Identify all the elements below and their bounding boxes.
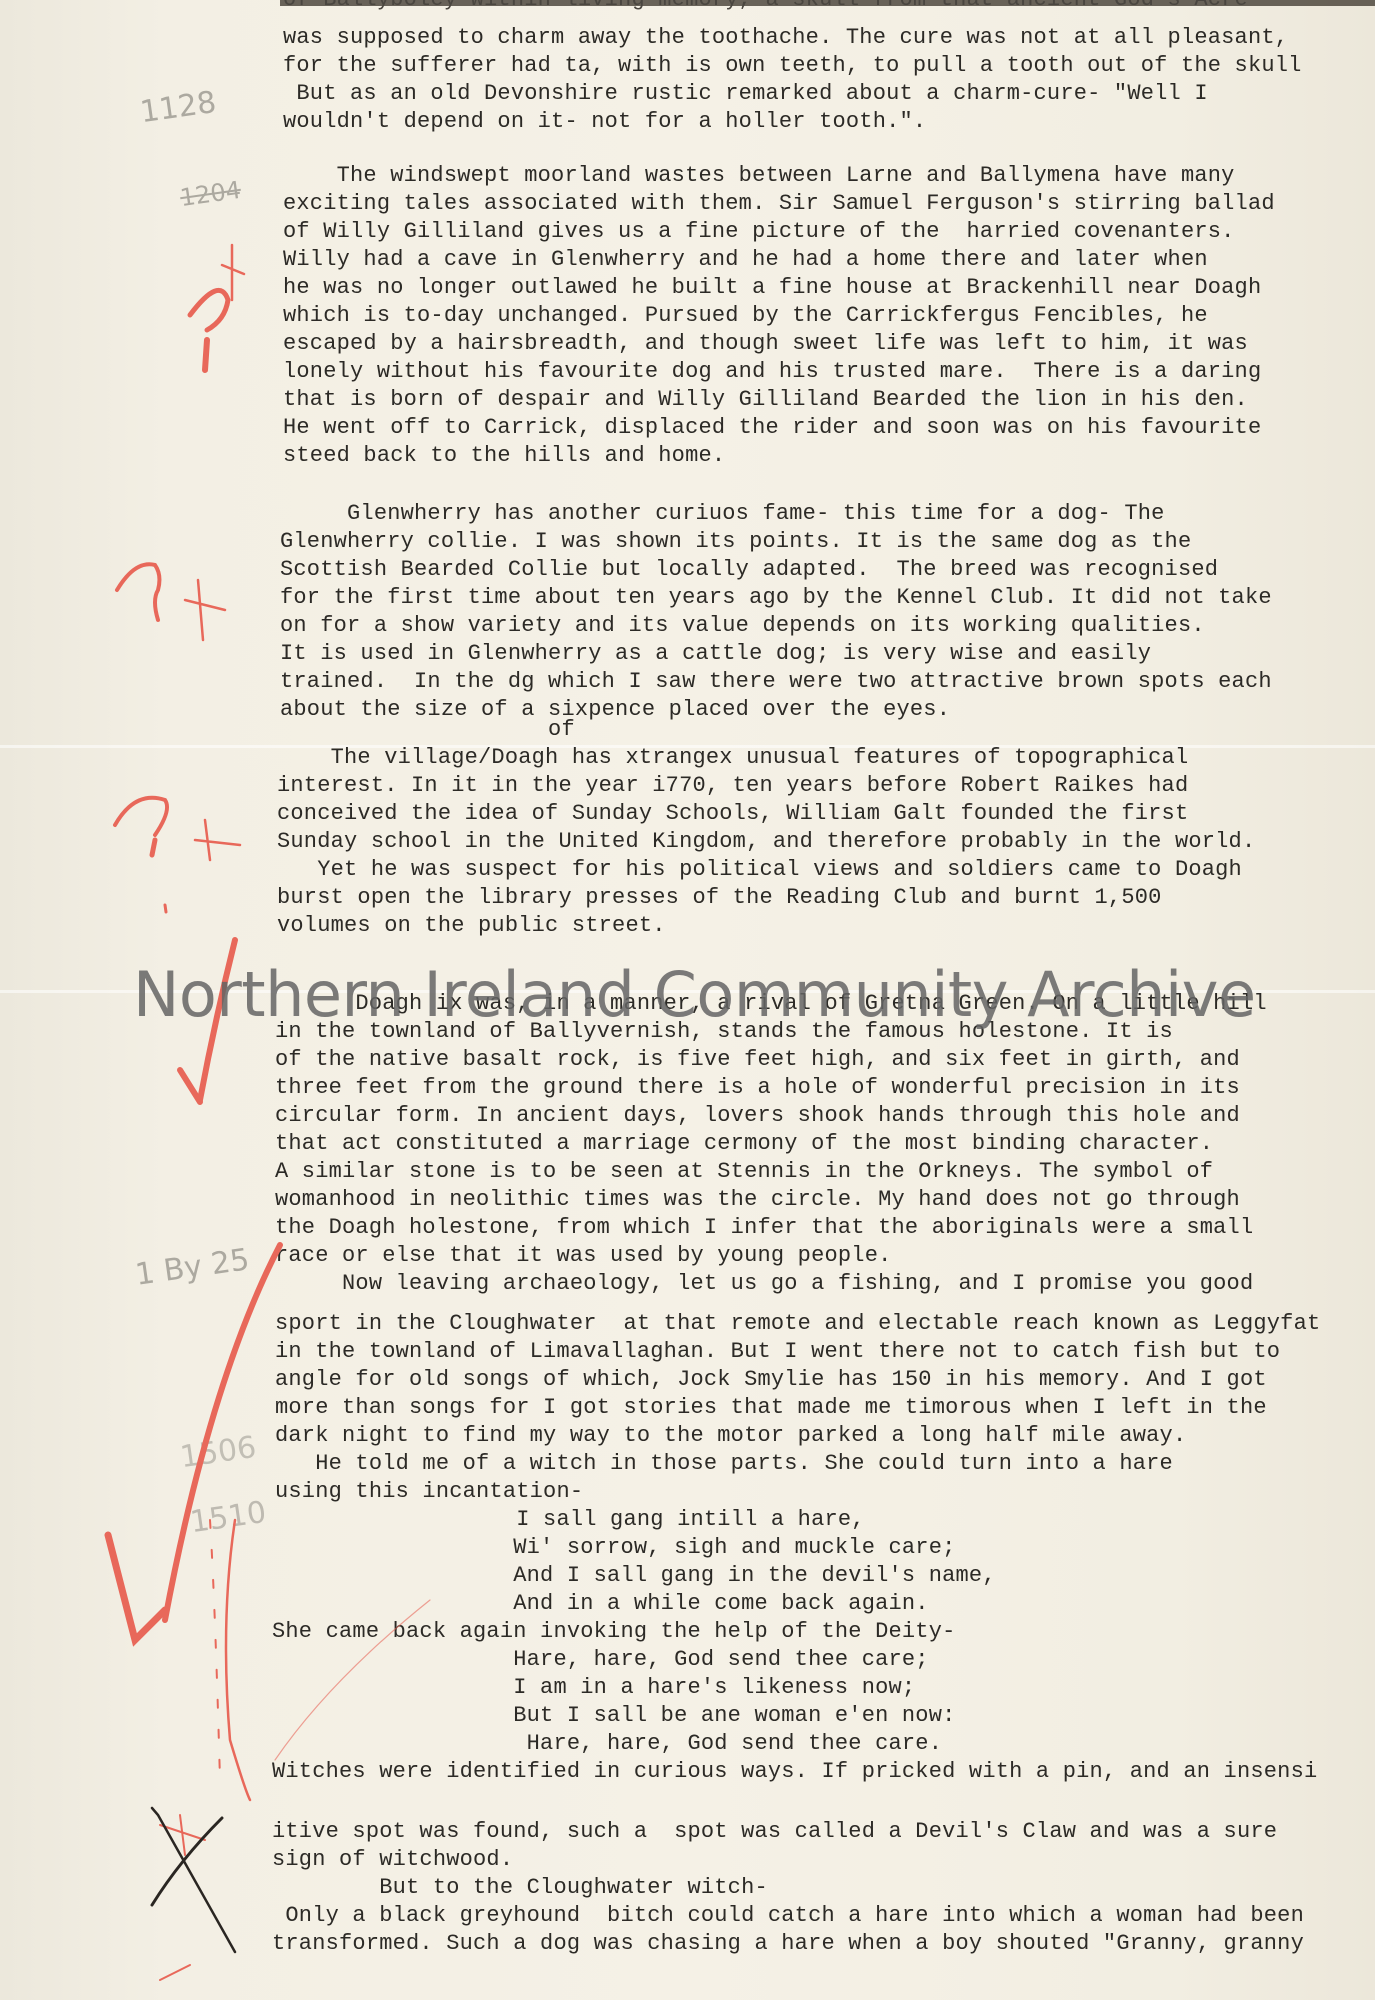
text-line: I sall gang intill a hare,	[275, 1506, 865, 1534]
page-edge	[1375, 0, 1381, 2000]
text-line: steed back to the hills and home.	[283, 442, 725, 470]
text-line: wouldn't depend on it- not for a holler …	[283, 108, 926, 136]
text-line: exciting tales associated with them. Sir…	[283, 190, 1275, 218]
text-line: I am in a hare's likeness now;	[272, 1674, 915, 1702]
text-line: Sunday school in the United Kingdom, and…	[277, 828, 1255, 856]
text-line: in the townland of Limavallaghan. But I …	[275, 1338, 1280, 1366]
text-line: of Willy Gilliland gives us a fine pictu…	[283, 218, 1235, 246]
text-line: which is to-day unchanged. Pursued by th…	[283, 302, 1208, 330]
text-line: She came back again invoking the help of…	[272, 1618, 956, 1646]
text-line: sign of witchwood.	[272, 1846, 513, 1874]
text-line: escaped by a hairsbreadth, and though sw…	[283, 330, 1248, 358]
text-line: itive spot was found, such a spot was ca…	[272, 1818, 1277, 1846]
text-line: that act constituted a marriage cermony …	[275, 1130, 1213, 1158]
text-line: It is used in Glenwherry as a cattle dog…	[280, 640, 1151, 668]
text-line: Now leaving archaeology, let us go a fis…	[275, 1270, 1253, 1298]
pencil-annotation: 1204	[178, 176, 242, 212]
text-line: Glenwherry collie. I was shown its point…	[280, 528, 1191, 556]
text-line: Only a black greyhound bitch could catch…	[272, 1902, 1304, 1930]
text-line: interest. In it in the year i770, ten ye…	[277, 772, 1188, 800]
text-line: He went off to Carrick, displaced the ri…	[283, 414, 1261, 442]
text-line: But I sall be ane woman e'en now:	[272, 1702, 956, 1730]
text-line: The windswept moorland wastes between La…	[283, 162, 1235, 190]
text-line: Willy had a cave in Glenwherry and he ha…	[283, 246, 1208, 274]
text-line: burst open the library presses of the Re…	[277, 884, 1162, 912]
text-line: trained. In the dg which I saw there wer…	[280, 668, 1272, 696]
text-line: Glenwherry has another curiuos fame- thi…	[280, 500, 1165, 528]
text-line: Hare, hare, God send thee care;	[272, 1646, 929, 1674]
text-line: that is born of despair and Willy Gillil…	[283, 386, 1248, 414]
text-line: Scottish Bearded Collie but locally adap…	[280, 556, 1218, 584]
document-page: of Ballyboley within living memory, a sk…	[0, 0, 1375, 2000]
text-line: volumes on the public street.	[277, 912, 666, 940]
text-line: of the native basalt rock, is five feet …	[275, 1046, 1240, 1074]
text-line: the Doagh holestone, from which I infer …	[275, 1214, 1253, 1242]
text-line: race or else that it was used by young p…	[275, 1242, 892, 1270]
text-line: dark night to find my way to the motor p…	[275, 1422, 1186, 1450]
text-line: angle for old songs of which, Jock Smyli…	[275, 1366, 1267, 1394]
text-line: But to the Cloughwater witch-	[272, 1874, 768, 1902]
text-line: He told me of a witch in those parts. Sh…	[275, 1450, 1173, 1478]
text-line: lonely without his favourite dog and his…	[283, 358, 1261, 386]
text-line: of	[280, 716, 575, 744]
pencil-annotation: 1128	[138, 85, 218, 130]
text-line: A similar stone is to be seen at Stennis…	[275, 1158, 1213, 1186]
text-line: Hare, hare, God send thee care.	[272, 1730, 942, 1758]
text-line: circular form. In ancient days, lovers s…	[275, 1102, 1240, 1130]
partial-top-line: of Ballyboley within living memory, a sk…	[283, 0, 1248, 14]
text-line: Witches were identified in curious ways.…	[272, 1758, 1317, 1786]
text-line: womanhood in neolithic times was the cir…	[275, 1186, 1240, 1214]
text-line: more than songs for I got stories that m…	[275, 1394, 1267, 1422]
text-line: sport in the Cloughwater at that remote …	[275, 1310, 1320, 1338]
pencil-annotation: 1 By 25	[133, 1242, 251, 1293]
text-line: using this incantation-	[275, 1478, 583, 1506]
pencil-annotation: 1506	[178, 1430, 258, 1475]
text-line: he was no longer outlawed he built a fin…	[283, 274, 1261, 302]
text-line: The village/Doagh has xtrangex unusual f…	[277, 744, 1188, 772]
watermark: Northern Ireland Community Archive	[133, 958, 1256, 1031]
text-line: transformed. Such a dog was chasing a ha…	[272, 1930, 1304, 1958]
text-line: And I sall gang in the devil's name,	[272, 1562, 996, 1590]
text-line: Wi' sorrow, sigh and muckle care;	[272, 1534, 956, 1562]
text-line: And in a while come back again.	[272, 1590, 929, 1618]
pencil-annotation: 1510	[188, 1495, 268, 1540]
text-line: for the sufferer had ta, with is own tee…	[283, 52, 1302, 80]
text-line: for the first time about ten years ago b…	[280, 584, 1272, 612]
text-line: on for a show variety and its value depe…	[280, 612, 1205, 640]
text-line: three feet from the ground there is a ho…	[275, 1074, 1240, 1102]
text-line: Yet he was suspect for his political vie…	[277, 856, 1242, 884]
text-line: was supposed to charm away the toothache…	[283, 24, 1288, 52]
text-line: conceived the idea of Sunday Schools, Wi…	[277, 800, 1188, 828]
text-line: But as an old Devonshire rustic remarked…	[283, 80, 1208, 108]
